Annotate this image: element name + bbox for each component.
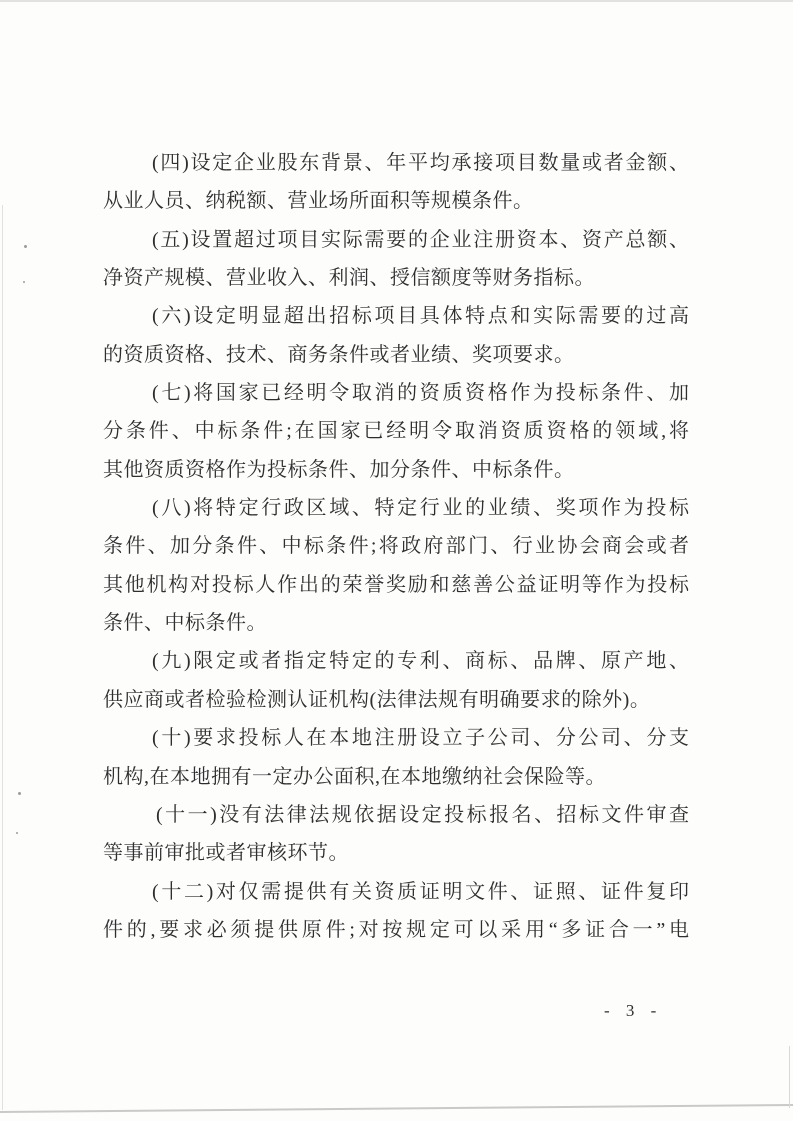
scan-right-edge xyxy=(789,1046,790,1108)
paragraph-line: (六)设定明显超出招标项目具体特点和实际需要的过高 xyxy=(103,297,689,335)
paragraph-item-11: (十一)没有法律法规依据设定投标报名、招标文件审查 等事前审批或者审核环节。 xyxy=(103,796,689,873)
scan-top-edge xyxy=(0,0,793,2)
paragraph-item-7: (七)将国家已经明令取消的资质资格作为投标条件、加 分条件、中标条件;在国家已经… xyxy=(103,374,689,489)
paragraph-item-5: (五)设置超过项目实际需要的企业注册资本、资产总额、 净资产规模、营业收入、利润… xyxy=(103,221,689,298)
paragraph-line: (八)将特定行政区域、特定行业的业绩、奖项作为投标 xyxy=(103,489,689,527)
page-number: - 3 - xyxy=(604,1001,661,1021)
document-body: (四)设定企业股东背景、年平均承接项目数量或者金额、 从业人员、纳税额、营业场所… xyxy=(103,144,689,949)
paragraph-line: 供应商或者检验检测认证机构(法律法规有明确要求的除外)。 xyxy=(103,681,689,719)
paragraph-line: (十二)对仅需提供有关资质证明文件、证照、证件复印 xyxy=(103,873,689,911)
paragraph-item-12: (十二)对仅需提供有关资质证明文件、证照、证件复印 件的,要求必须提供原件;对按… xyxy=(103,873,689,950)
paragraph-line: 的资质资格、技术、商务条件或者业绩、奖项要求。 xyxy=(103,336,689,374)
paragraph-line: 净资产规模、营业收入、利润、授信额度等财务指标。 xyxy=(103,259,689,297)
paragraph-item-8: (八)将特定行政区域、特定行业的业绩、奖项作为投标 条件、加分条件、中标条件;将… xyxy=(103,489,689,642)
document-page: (四)设定企业股东背景、年平均承接项目数量或者金额、 从业人员、纳税额、营业场所… xyxy=(0,0,793,1121)
paragraph-line: 分条件、中标条件;在国家已经明令取消资质资格的领域,将 xyxy=(103,412,689,450)
paragraph-line: 件的,要求必须提供原件;对按规定可以采用“多证合一”电 xyxy=(103,911,689,949)
paragraph-line: (五)设置超过项目实际需要的企业注册资本、资产总额、 xyxy=(103,221,689,259)
paragraph-line: 条件、中标条件。 xyxy=(103,604,689,642)
paragraph-item-4: (四)设定企业股东背景、年平均承接项目数量或者金额、 从业人员、纳税额、营业场所… xyxy=(103,144,689,221)
paragraph-item-6: (六)设定明显超出招标项目具体特点和实际需要的过高 的资质资格、技术、商务条件或… xyxy=(103,297,689,374)
scan-left-edge xyxy=(2,205,3,1110)
paragraph-item-10: (十)要求投标人在本地注册设立子公司、分公司、分支 机构,在本地拥有一定办公面积… xyxy=(103,719,689,796)
paragraph-line: 条件、加分条件、中标条件;将政府部门、行业协会商会或者 xyxy=(103,527,689,565)
paragraph-line: (九)限定或者指定特定的专利、商标、品牌、原产地、 xyxy=(103,642,689,680)
paragraph-line: 其他机构对投标人作出的荣誉奖励和慈善公益证明等作为投标 xyxy=(103,566,689,604)
paragraph-line: 机构,在本地拥有一定办公面积,在本地缴纳社会保险等。 xyxy=(103,758,689,796)
paragraph-line: (十一)没有法律法规依据设定投标报名、招标文件审查 xyxy=(103,796,689,834)
paragraph-line: (十)要求投标人在本地注册设立子公司、分公司、分支 xyxy=(103,719,689,757)
paragraph-line: (七)将国家已经明令取消的资质资格作为投标条件、加 xyxy=(103,374,689,412)
scan-speck xyxy=(23,281,25,283)
paragraph-item-9: (九)限定或者指定特定的专利、商标、品牌、原产地、 供应商或者检验检测认证机构(… xyxy=(103,642,689,719)
scan-speck xyxy=(18,792,21,795)
paragraph-line: 其他资质资格作为投标条件、加分条件、中标条件。 xyxy=(103,451,689,489)
paragraph-line: 等事前审批或者审核环节。 xyxy=(103,834,689,872)
scan-speck xyxy=(16,832,18,834)
paragraph-line: (四)设定企业股东背景、年平均承接项目数量或者金额、 xyxy=(103,144,689,182)
paragraph-line: 从业人员、纳税额、营业场所面积等规模条件。 xyxy=(103,182,689,220)
scan-bottom-edge xyxy=(0,1104,793,1113)
scan-speck xyxy=(24,245,27,248)
